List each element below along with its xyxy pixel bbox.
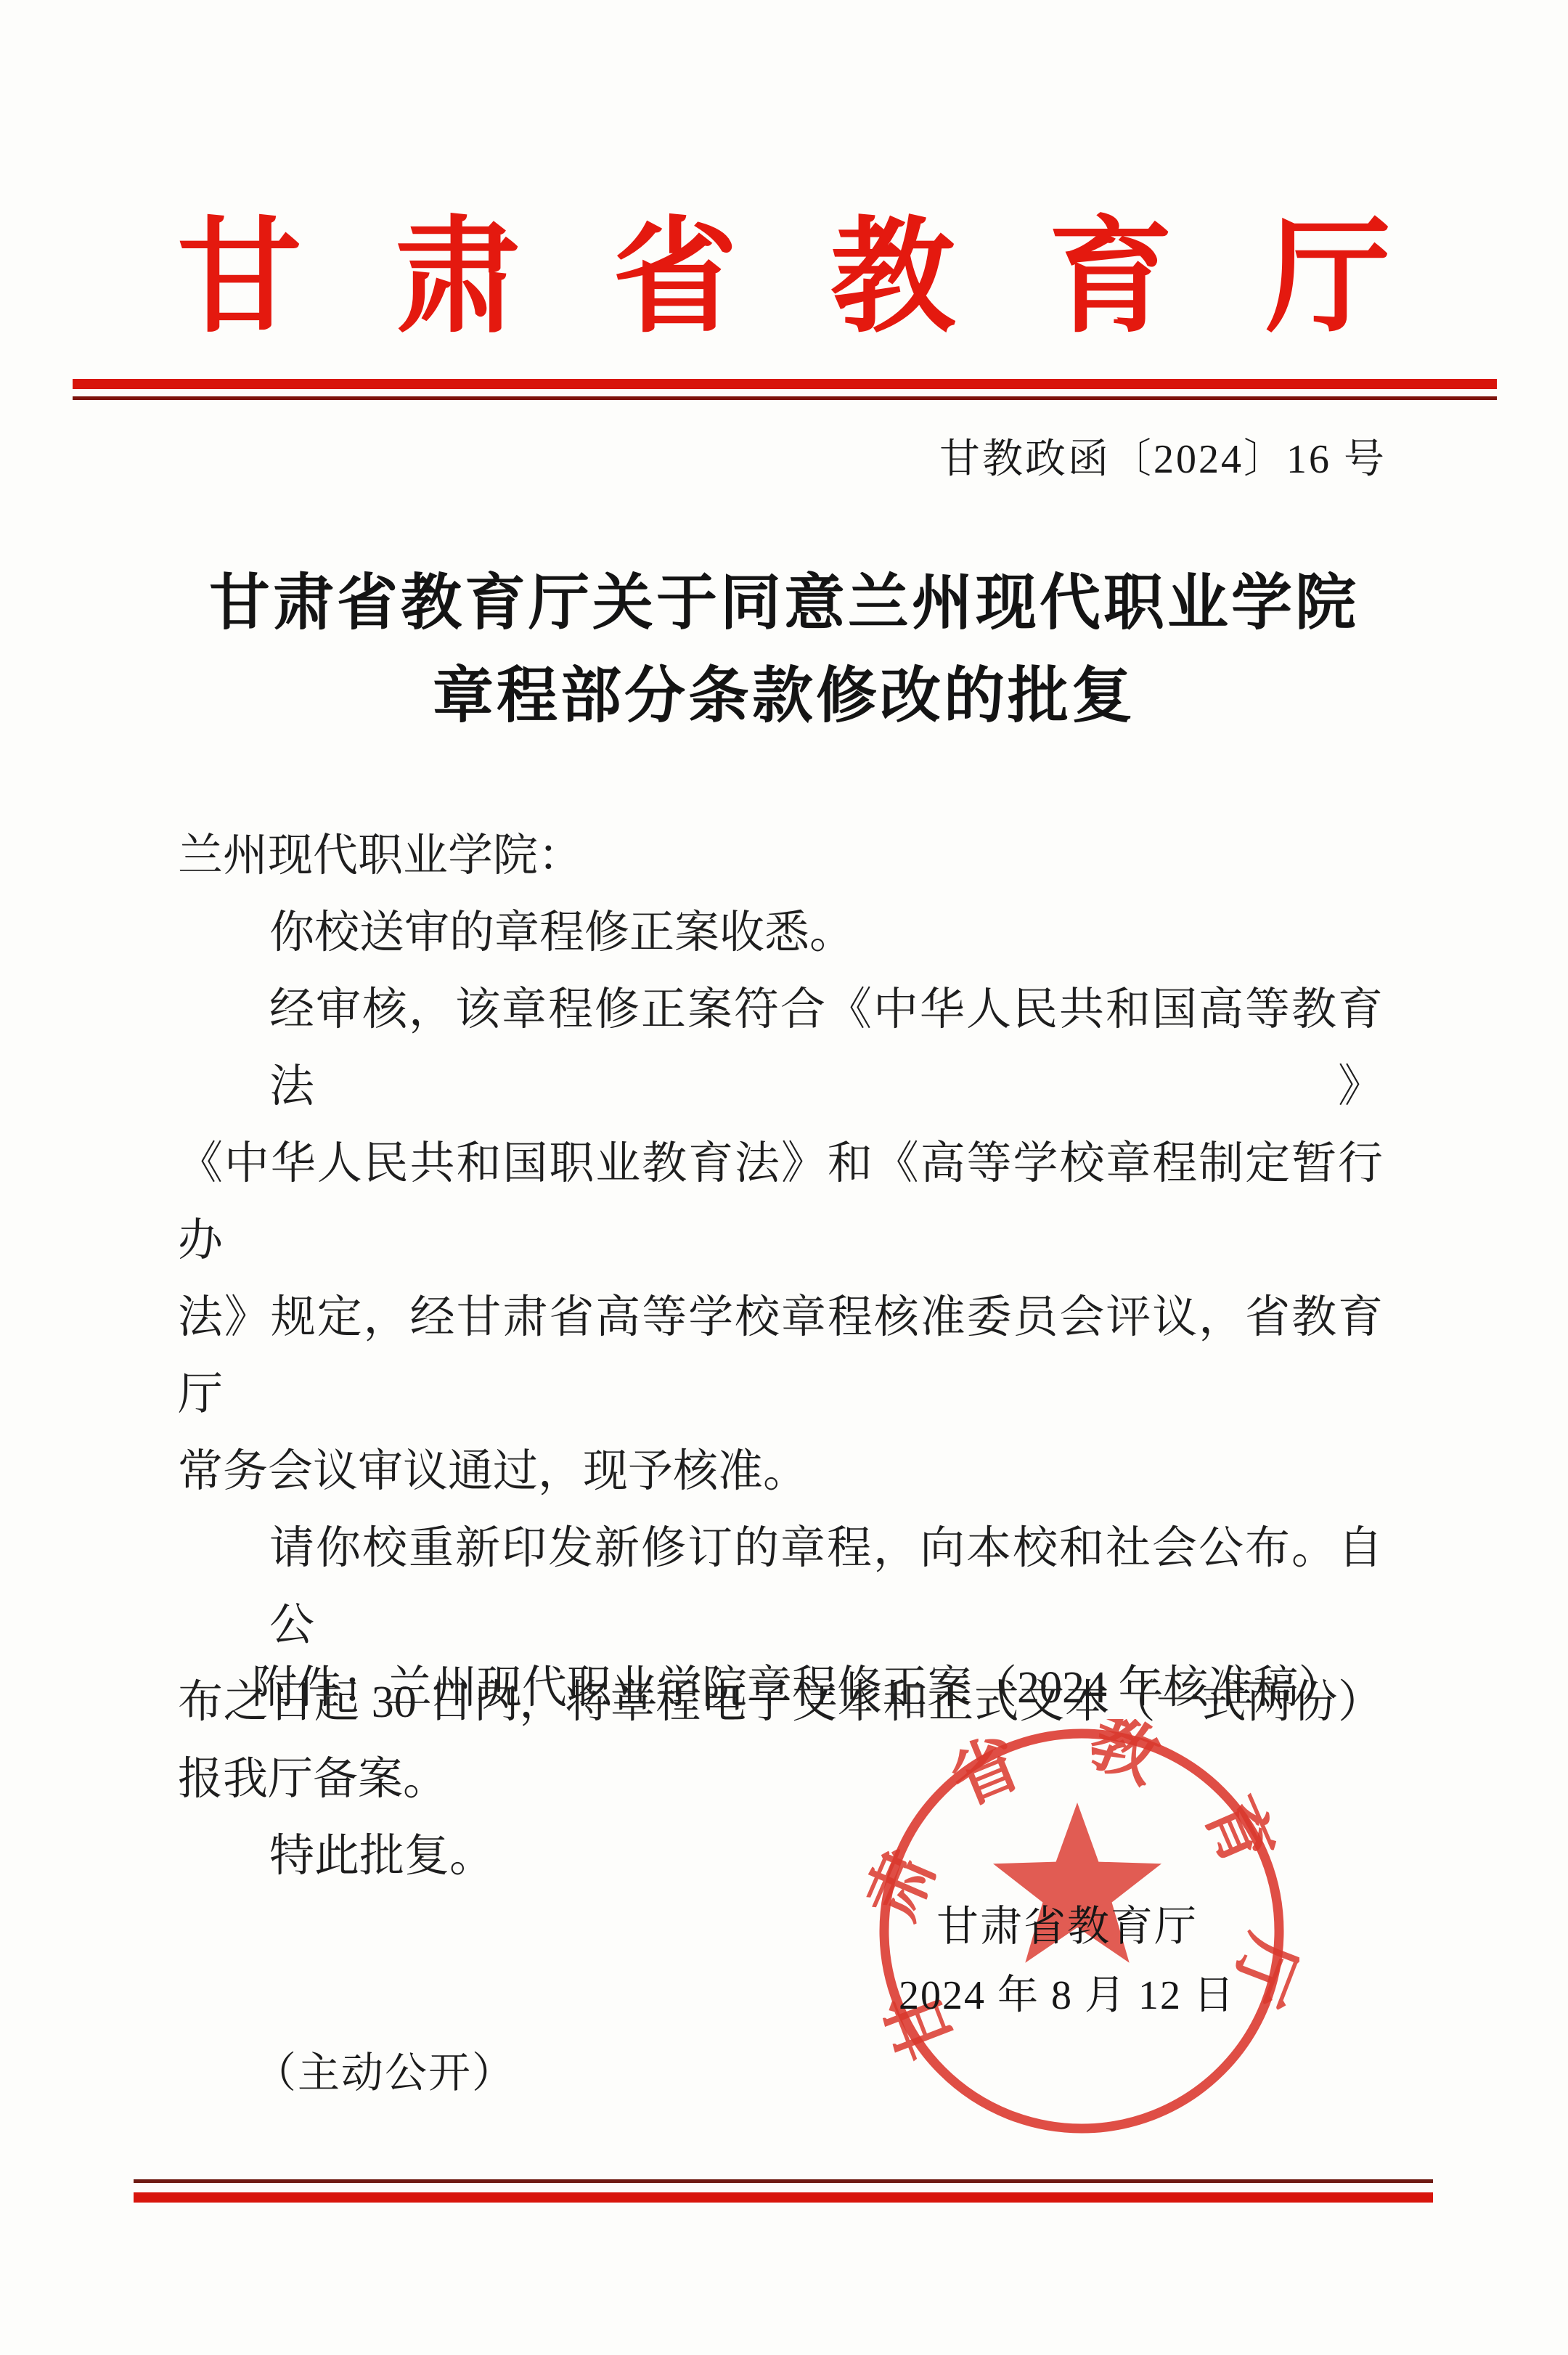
doc-number: 甘教政函〔2024〕16 号 [939, 427, 1387, 485]
header-rule-thick [73, 379, 1497, 389]
document-page: 甘肃省教育厅 甘教政函〔2024〕16 号 甘肃省教育厅关于同意兰州现代职业学院… [0, 0, 1568, 2355]
disclosure-note: （主动公开） [254, 2050, 515, 2097]
document-title-line1: 甘肃省教育厅关于同意兰州现代职业学院 [0, 558, 1568, 650]
body-line: 法》规定，经甘肃省高等学校章程核准委员会评议，省教育厅 [178, 1279, 1383, 1433]
signature-date: 2024 年 8 月 12 日 [835, 1973, 1299, 2018]
document-title-line2: 章程部分条款修改的批复 [0, 650, 1568, 743]
body-salutation: 兰州现代职业学院： [178, 817, 1383, 894]
signature-org: 甘肃省教育厅 [835, 1903, 1299, 1950]
body-line: 《中华人民共和国职业教育法》和《高等学校章程制定暂行办 [178, 1125, 1383, 1279]
header-rule-thin [73, 396, 1497, 400]
footer-rule-thick [134, 2192, 1433, 2203]
footer-rule-thin [134, 2179, 1433, 2183]
body-line: 经审核，该章程修正案符合《中华人民共和国高等教育法》 [178, 971, 1383, 1125]
attachment-line: 附件：兰州现代职业学院章程修正案（2024 年核准稿） [178, 1649, 1412, 1726]
document-title: 甘肃省教育厅关于同意兰州现代职业学院 章程部分条款修改的批复 [0, 558, 1568, 743]
letterhead-title: 甘肃省教育厅 [0, 212, 1568, 346]
body-line: 常务会议审议通过，现予核准。 [178, 1433, 1383, 1510]
body-line: 请你校重新印发新修订的章程，向本校和社会公布。自公 [178, 1510, 1383, 1664]
body-line: 你校送审的章程修正案收悉。 [178, 894, 1383, 971]
